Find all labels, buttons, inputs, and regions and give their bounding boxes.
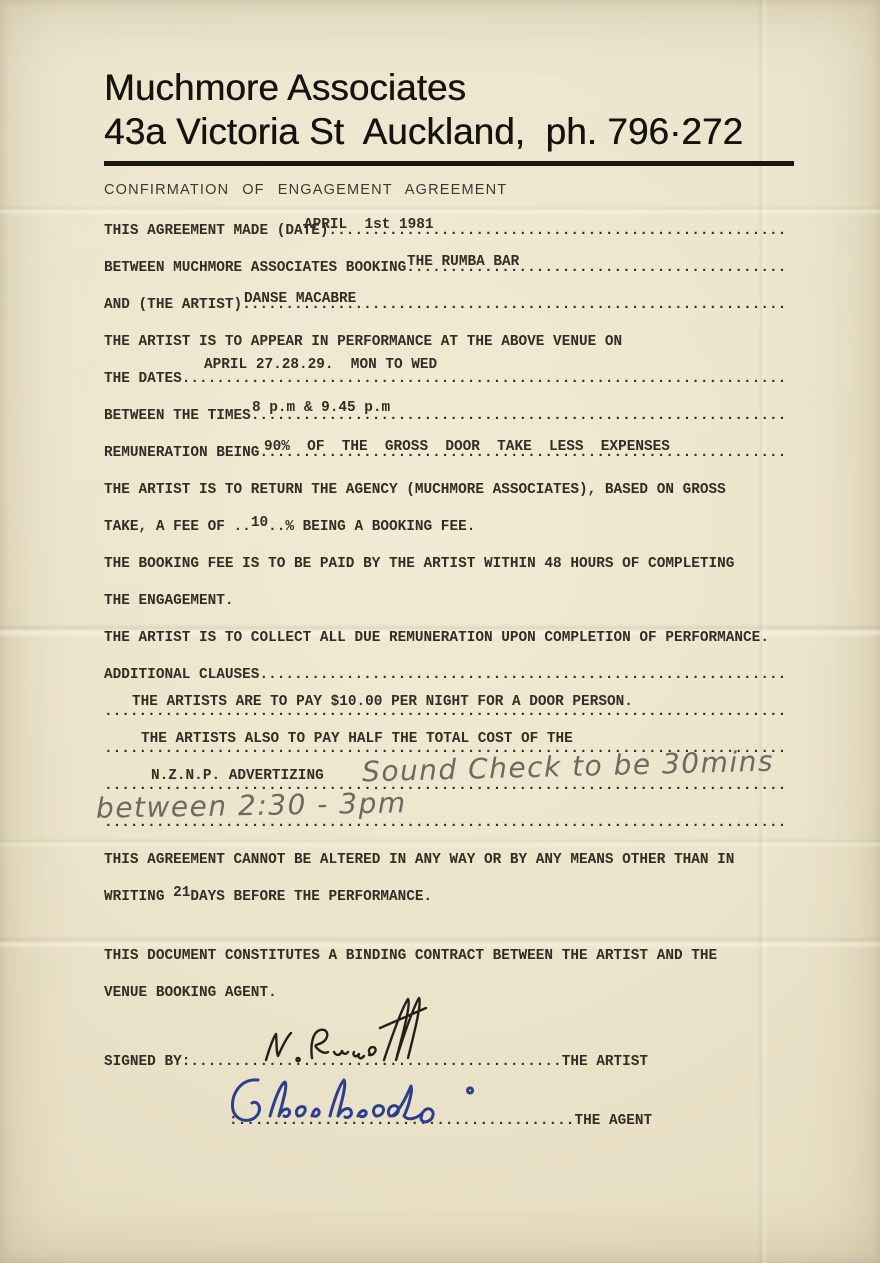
typed-entry: THE RUMBA BAR xyxy=(407,254,519,271)
typed-entry: 8 p.m & 9.45 p.m xyxy=(252,400,390,417)
typed-text: THIS AGREEMENT CANNOT BE ALTERED IN ANY … xyxy=(104,852,734,868)
typed-text: THE DATES xyxy=(104,371,182,387)
line-binding-1: THIS DOCUMENT CONSTITUTES A BINDING CONT… xyxy=(104,938,799,975)
line-sig-agent: :.......................................… xyxy=(104,1103,799,1140)
typed-text: WRITING xyxy=(104,889,173,905)
line-venue-para: THE ARTIST IS TO APPEAR IN PERFORMANCE A… xyxy=(104,324,799,361)
line-booking: BETWEEN MUCHMORE ASSOCIATES BOOKING.....… xyxy=(104,250,799,287)
line-dates: THE DATES...............................… xyxy=(104,361,799,398)
typed-text: THE ARTIST xyxy=(562,1054,648,1070)
document-body: THIS AGREEMENT MADE (DATE)..............… xyxy=(104,213,799,1140)
typed-text: THE AGENT xyxy=(574,1113,652,1129)
typed-text: DAYS BEFORE THE PERFORMANCE. xyxy=(190,889,432,905)
line-agency-fee-1: THE ARTIST IS TO RETURN THE AGENCY (MUCH… xyxy=(104,472,799,509)
line-agency-fee-2: TAKE, A FEE OF ..10..% BEING A BOOKING F… xyxy=(104,509,799,546)
typed-text: THE ARTIST IS TO COLLECT ALL DUE REMUNER… xyxy=(104,630,769,646)
dotted-leader: ........................................… xyxy=(190,1054,561,1070)
typed-entry: THE ARTISTS ARE TO PAY $10.00 PER NIGHT … xyxy=(132,694,633,711)
typed-text: BETWEEN MUCHMORE ASSOCIATES BOOKING xyxy=(104,260,406,276)
dotted-leader: ....................................... xyxy=(238,1113,575,1129)
line-clause-door: ........................................… xyxy=(104,694,799,731)
typed-text: THIS DOCUMENT CONSTITUTES A BINDING CONT… xyxy=(104,948,717,964)
typed-text: THE ENGAGEMENT. xyxy=(104,593,234,609)
line-remuneration: REMUNERATION BEING......................… xyxy=(104,435,799,472)
typed-text: VENUE BOOKING AGENT. xyxy=(104,985,277,1001)
line-booking-fee-2: THE ENGAGEMENT. xyxy=(104,583,799,620)
typed-entry: THE ARTISTS ALSO TO PAY HALF THE TOTAL C… xyxy=(141,731,573,748)
letterhead-rule xyxy=(104,161,794,166)
typed-text: REMUNERATION BEING xyxy=(104,445,259,461)
typed-entry: APRIL 27.28.29. MON TO WED xyxy=(204,357,437,374)
typed-entry: APRIL 1st 1981 xyxy=(304,217,434,234)
line-alter-1: THIS AGREEMENT CANNOT BE ALTERED IN ANY … xyxy=(104,842,799,879)
typed-text: 10 xyxy=(251,515,268,531)
typed-text: THE ARTIST IS TO APPEAR IN PERFORMANCE A… xyxy=(104,334,622,350)
typed-text: 21 xyxy=(173,885,190,901)
typed-text: : xyxy=(229,1113,238,1129)
company-name: Muchmore Associates xyxy=(104,66,800,110)
typed-entry: 90% OF THE GROSS DOOR TAKE LESS EXPENSES xyxy=(264,439,670,456)
typed-text: THE BOOKING FEE IS TO BE PAID BY THE ART… xyxy=(104,556,734,572)
line-collect: THE ARTIST IS TO COLLECT ALL DUE REMUNER… xyxy=(104,620,799,657)
typed-text: THIS AGREEMENT MADE (DATE) xyxy=(104,223,329,239)
line-clause-soundcheck: ........................................… xyxy=(104,805,799,842)
typed-entry: DANSE MACABRE xyxy=(244,291,356,308)
dotted-leader: ........................................… xyxy=(259,667,786,683)
company-address: 43a Victoria St Auckland, ph. 796·272 xyxy=(104,110,800,154)
typed-text: SIGNED BY: xyxy=(104,1054,190,1070)
handwritten-entry: between 2:30 - 3pm xyxy=(96,788,407,823)
line-sig-artist: SIGNED BY:..............................… xyxy=(104,1044,799,1081)
line-additional: ADDITIONAL CLAUSES......................… xyxy=(104,657,799,694)
line-binding-2: VENUE BOOKING AGENT. xyxy=(104,975,799,1012)
line-made-date: THIS AGREEMENT MADE (DATE)..............… xyxy=(104,213,799,250)
line-booking-fee-1: THE BOOKING FEE IS TO BE PAID BY THE ART… xyxy=(104,546,799,583)
line-artist-name: AND (THE ARTIST)........................… xyxy=(104,287,799,324)
typed-text: TAKE, A FEE OF .. xyxy=(104,519,251,535)
typed-text: ADDITIONAL CLAUSES xyxy=(104,667,259,683)
line-times: BETWEEN THE TIMES.......................… xyxy=(104,398,799,435)
typed-entry: N.Z.N.P. ADVERTIZING xyxy=(151,768,324,785)
typed-text: ..% BEING A BOOKING FEE. xyxy=(268,519,475,535)
typed-text: BETWEEN THE TIMES xyxy=(104,408,251,424)
typed-text: AND (THE ARTIST) xyxy=(104,297,242,313)
line-alter-2: WRITING 21DAYS BEFORE THE PERFORMANCE. xyxy=(104,879,799,916)
typed-text: THE ARTIST IS TO RETURN THE AGENCY (MUCH… xyxy=(104,482,726,498)
letterhead: Muchmore Associates 43a Victoria St Auck… xyxy=(104,66,800,198)
document-title: CONFIRMATION OF ENGAGEMENT AGREEMENT xyxy=(104,181,779,198)
